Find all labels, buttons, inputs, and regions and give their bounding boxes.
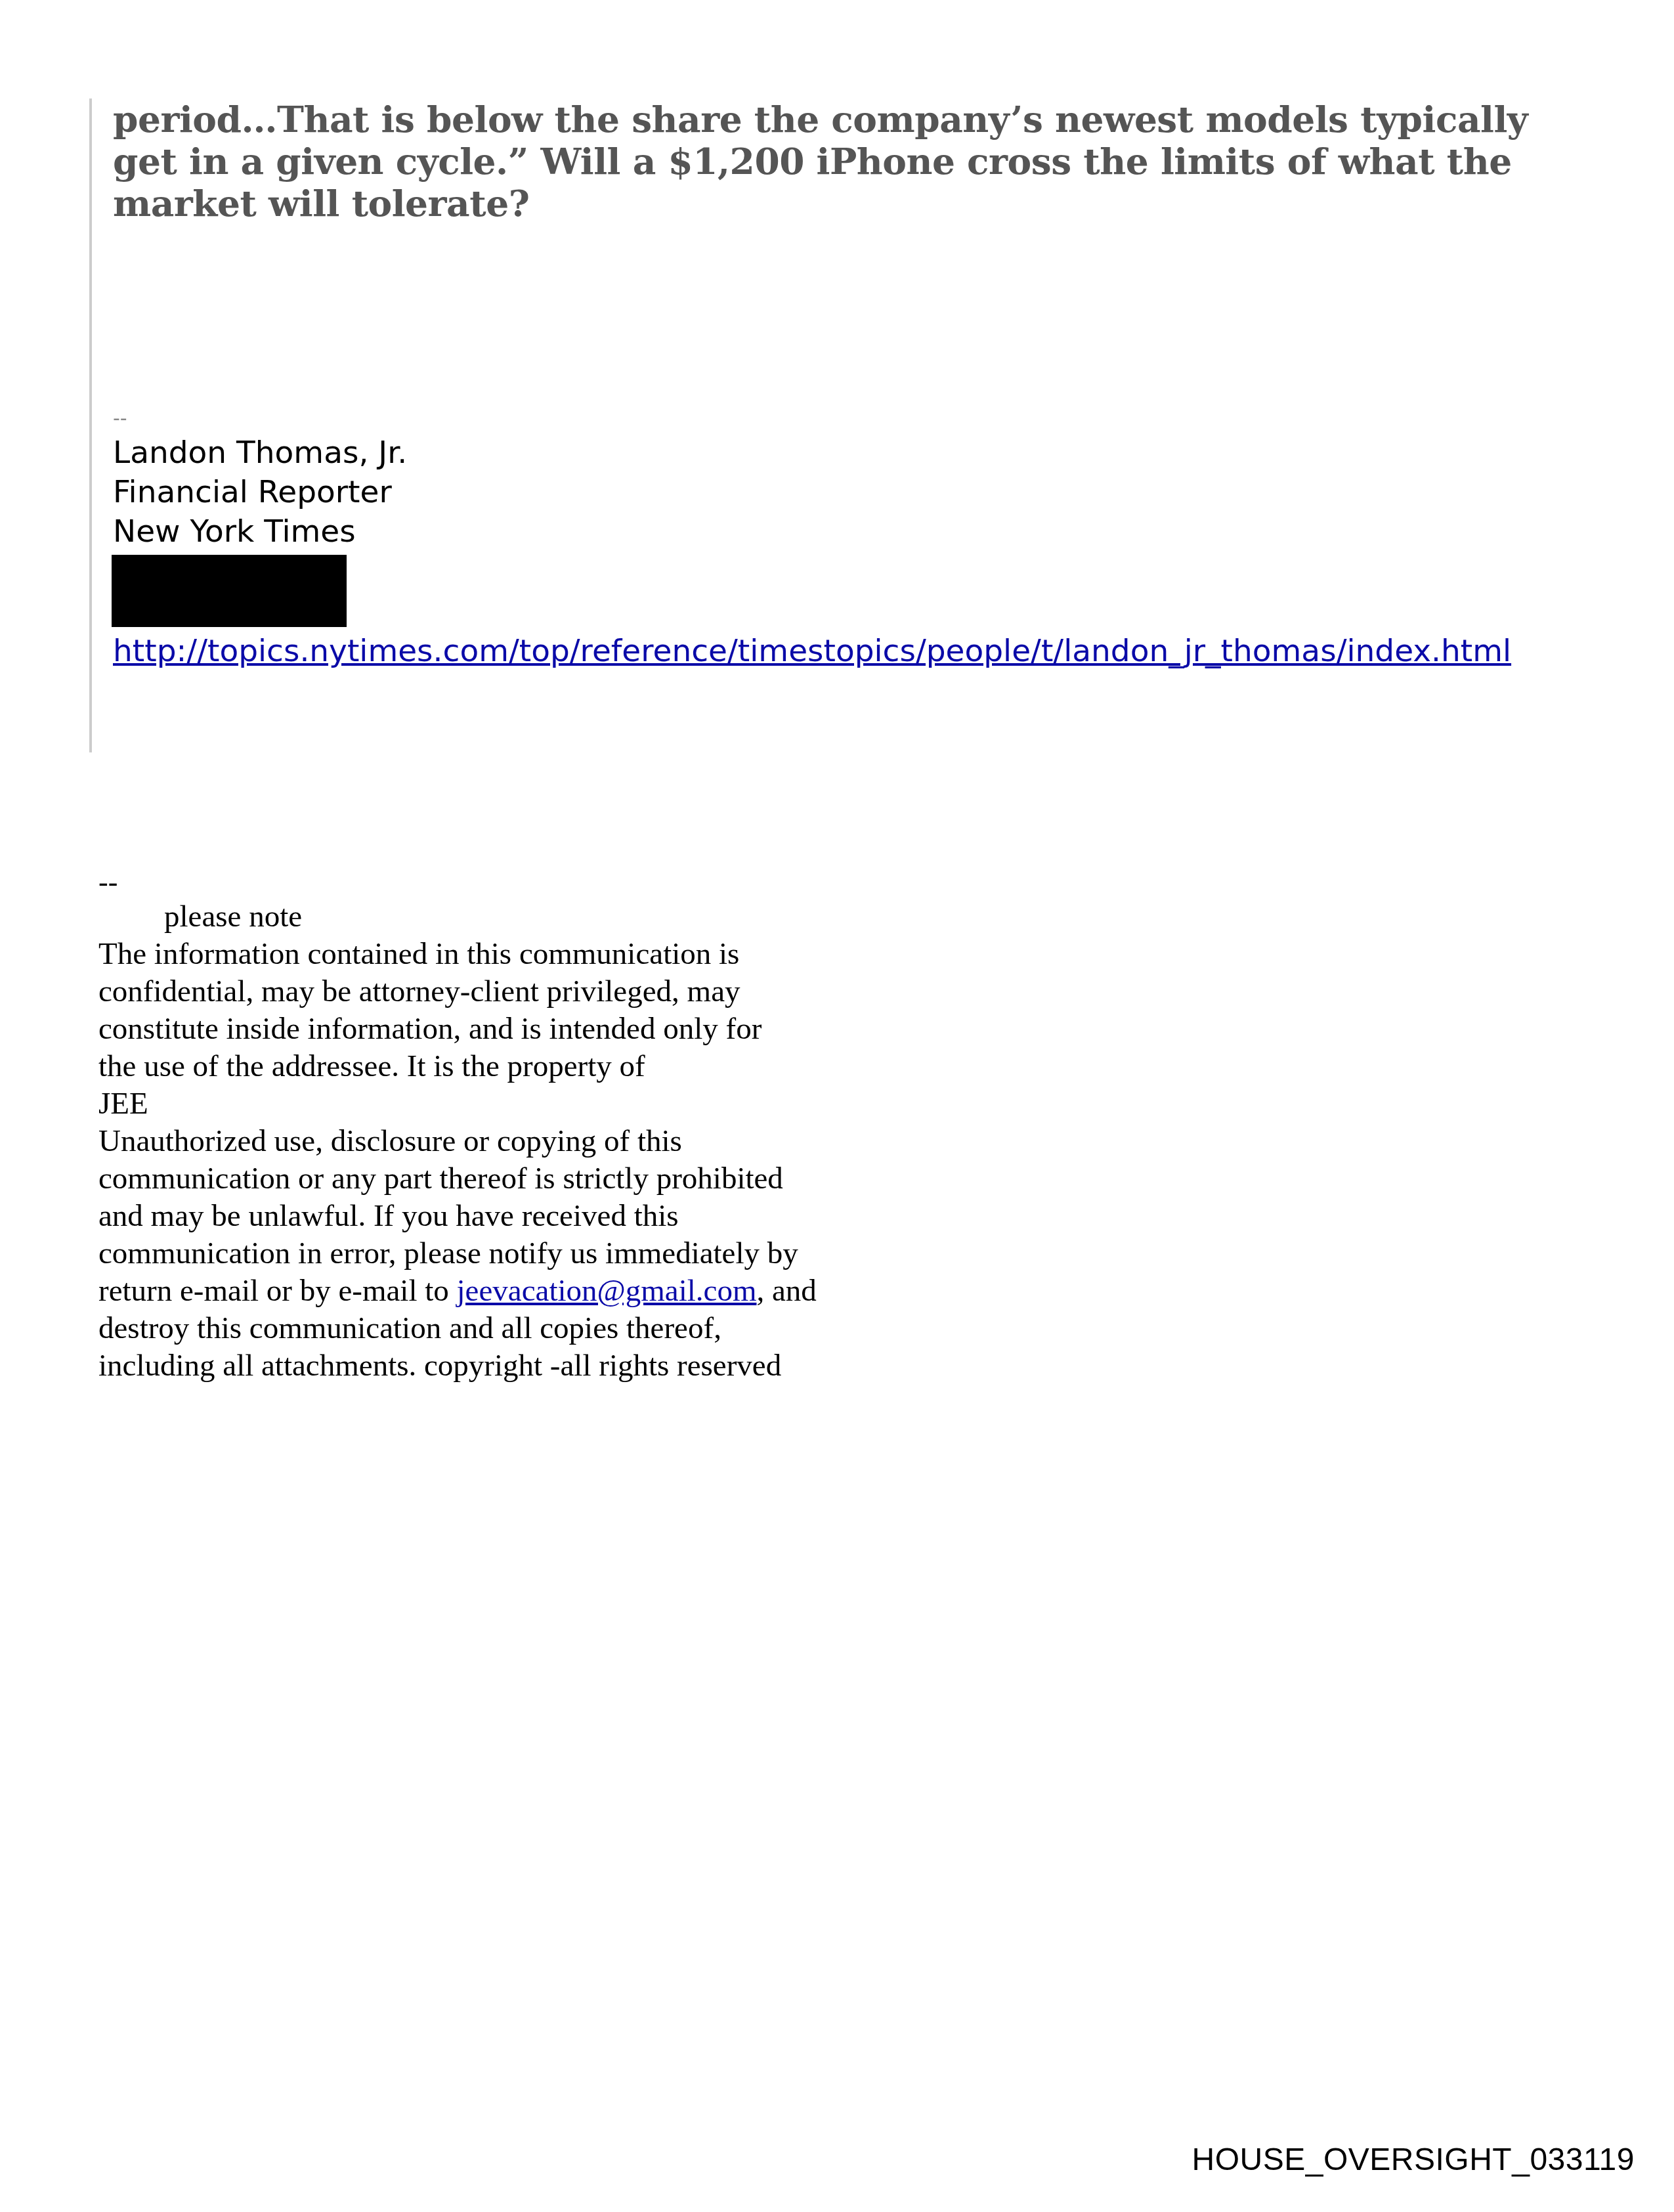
bates-number: HOUSE_OVERSIGHT_033119 bbox=[1192, 2142, 1635, 2178]
disclaimer-line: confidential, may be attorney-client pri… bbox=[98, 973, 952, 1010]
footer-separator: -- bbox=[98, 865, 118, 899]
disclaimer-line: the use of the addressee. It is the prop… bbox=[98, 1048, 952, 1085]
reporter-profile-link[interactable]: http://topics.nytimes.com/top/reference/… bbox=[113, 632, 1597, 671]
signature-title: Financial Reporter bbox=[113, 473, 392, 512]
redaction-box bbox=[112, 555, 347, 627]
disclaimer-line: including all attachments. copyright -al… bbox=[98, 1347, 952, 1385]
disclaimer-line: and may be unlawful. If you have receive… bbox=[98, 1198, 952, 1235]
contact-email-link[interactable]: jeevacation@gmail.com bbox=[457, 1274, 757, 1308]
disclaimer-line: communication or any part thereof is str… bbox=[98, 1160, 952, 1198]
disclaimer-email-line: return e-mail or by e-mail to jeevacatio… bbox=[98, 1272, 952, 1310]
email-line-suffix: , and bbox=[757, 1274, 817, 1308]
email-line-prefix: return e-mail or by e-mail to bbox=[98, 1274, 457, 1308]
disclaimer-line: constitute inside information, and is in… bbox=[98, 1010, 952, 1048]
disclaimer-heading: please note bbox=[98, 898, 952, 936]
disclaimer-line: Unauthorized use, disclosure or copying … bbox=[98, 1123, 952, 1160]
confidentiality-disclaimer: please note The information contained in… bbox=[98, 898, 952, 1385]
quoted-article-text: period…That is below the share the compa… bbox=[113, 98, 1597, 225]
quoted-message-block: period…That is below the share the compa… bbox=[89, 98, 1602, 752]
disclaimer-line: communication in error, please notify us… bbox=[98, 1235, 952, 1272]
disclaimer-line: The information contained in this commun… bbox=[98, 936, 952, 973]
disclaimer-line: destroy this communication and all copie… bbox=[98, 1310, 952, 1347]
signature-organization: New York Times bbox=[113, 512, 356, 552]
signature-name: Landon Thomas, Jr. bbox=[113, 433, 407, 473]
signature-separator: -- bbox=[113, 407, 127, 430]
disclaimer-line: JEE bbox=[98, 1085, 952, 1123]
